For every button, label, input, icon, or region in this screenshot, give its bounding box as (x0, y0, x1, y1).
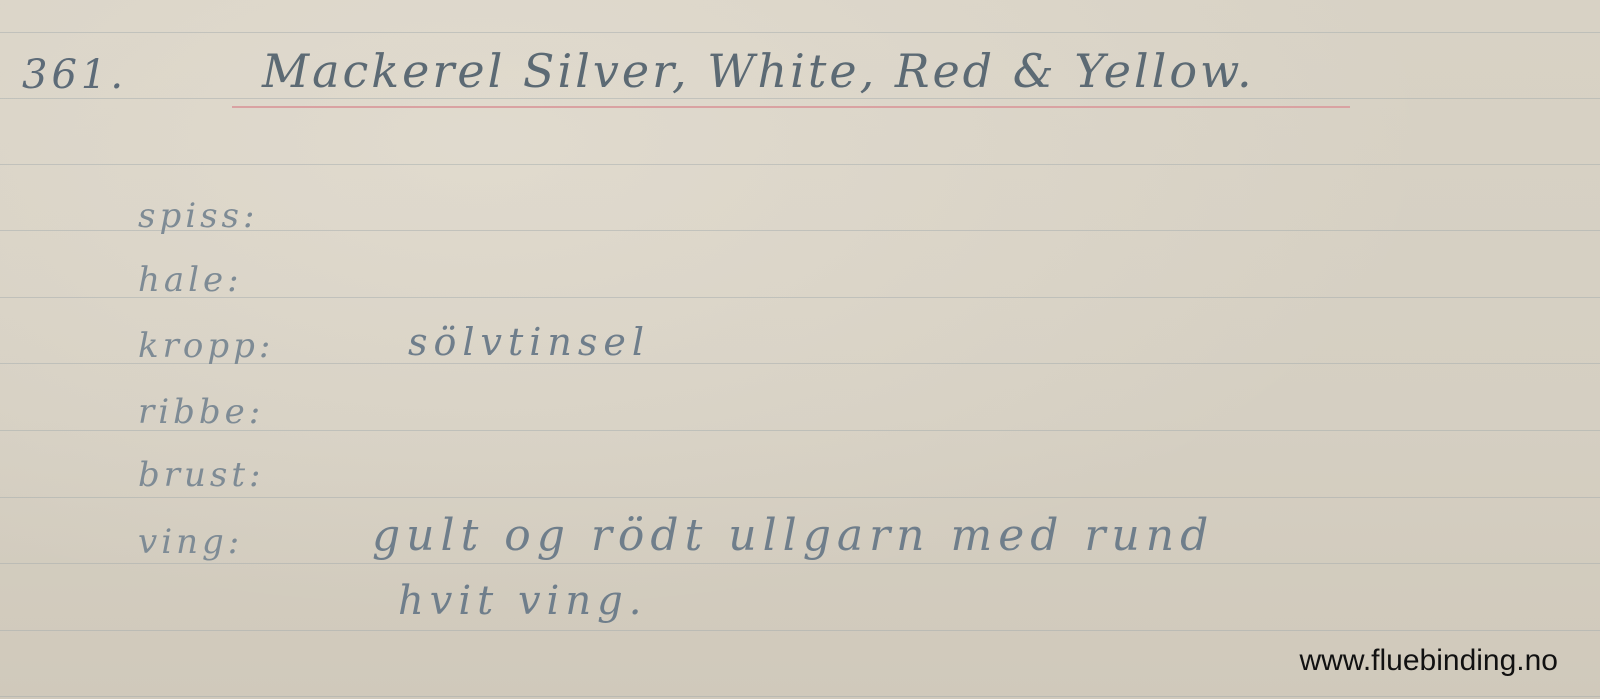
ruled-line (0, 497, 1600, 498)
entry-number: 361. (22, 52, 127, 98)
ruled-line (0, 696, 1600, 697)
ruled-line (0, 164, 1600, 165)
ruled-line (0, 32, 1600, 33)
field-label-ribbe: ribbe: (138, 392, 264, 432)
ruled-line (0, 98, 1600, 99)
field-label-spiss: spiss: (138, 196, 258, 236)
watermark-url: www.fluebinding.no (1299, 644, 1558, 678)
entry-title: Mackerel Silver, White, Red & Yellow. (262, 44, 1255, 98)
field-value-kropp: sölvtinsel (408, 320, 650, 364)
field-label-kropp: kropp: (138, 326, 274, 366)
ruled-line (0, 630, 1600, 631)
field-label-brust: brust: (138, 455, 264, 495)
ledger-page: 361. Mackerel Silver, White, Red & Yello… (0, 0, 1600, 699)
ruled-line (0, 563, 1600, 564)
field-label-ving: ving: (138, 522, 243, 562)
field-value-ving: gult og rödt ullgarn med rund (372, 510, 1214, 561)
field-value-ving-continuation: hvit ving. (398, 578, 647, 624)
field-label-hale: hale: (138, 260, 243, 300)
title-underline (232, 106, 1350, 108)
